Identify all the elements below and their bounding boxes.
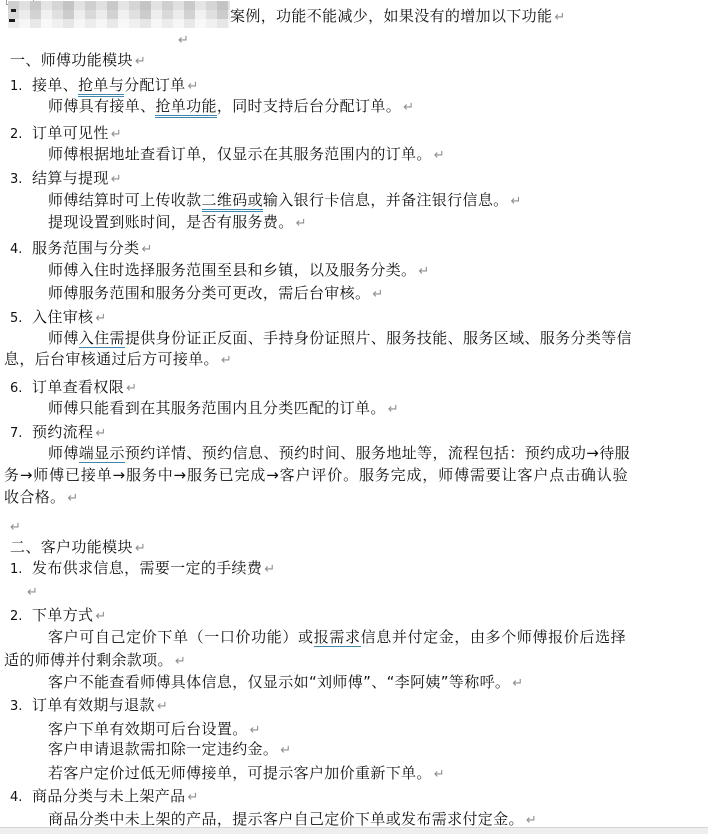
text-segment: 师傅	[48, 329, 79, 347]
paragraph-mark-icon: ↵	[512, 676, 523, 691]
text-line[interactable]: 师傅结算时可上传收款二维码或输入银行卡信息，并备注银行信息。↵	[48, 190, 521, 212]
list-number: 3.	[10, 697, 32, 717]
paragraph-mark-icon: ↵	[175, 654, 186, 669]
text-segment: 客户可自己定价下单（一口价功能）或	[48, 628, 314, 646]
paragraph-mark-icon: ↵	[157, 699, 168, 714]
text-line[interactable]: 3.结算与提现↵	[10, 168, 122, 190]
paragraph-mark-icon: ↵	[511, 194, 522, 209]
paragraph-mark-icon: ↵	[280, 743, 291, 758]
text-segment: 客户申请退款需扣除一定违约金。	[48, 740, 278, 758]
paragraph-mark-icon: ↵	[10, 520, 21, 535]
text-segment: 下单方式	[32, 606, 93, 624]
text-segment: 预约详情、预约信息、预约时间、服务地址等，流程包括：预约成功→待服	[125, 444, 630, 462]
text-line[interactable]: 师傅入住时选择服务范围至县和乡镇，以及服务分类。↵	[48, 260, 429, 282]
list-number: 1.	[10, 560, 32, 580]
paragraph-mark-icon: ↵	[372, 287, 383, 302]
text-line[interactable]: 商品分类中未上架的产品，提示客户自己定价下单或发布需求付定金。↵	[48, 809, 537, 831]
text-line[interactable]: ↵	[25, 581, 38, 603]
text-line[interactable]: 务→师傅已接单→服务中→服务已完成→客户评价。服务完成，师傅需要让客户点击确认验	[4, 465, 628, 485]
text-segment: 服务范围与分类	[32, 239, 139, 257]
text-line[interactable]: 6.订单查看权限↵	[10, 377, 137, 399]
list-number: 4.	[10, 788, 32, 808]
list-number: 6.	[10, 379, 32, 399]
text-segment: 分配订单	[124, 76, 185, 94]
text-line[interactable]: 师傅入住需提供身份证正反面、手持身份证照片、服务技能、服务区域、服务分类等信	[48, 328, 632, 348]
text-segment: ，同时支持后台分配订单。	[217, 97, 401, 115]
text-line[interactable]: 客户申请退款需扣除一定违约金。↵	[48, 739, 291, 761]
text-line[interactable]: 师傅根据地址查看订单，仅显示在其服务范围内的订单。↵	[48, 144, 445, 166]
paragraph-mark-icon: ↵	[95, 311, 106, 326]
text-segment: 客户不能查看师傅具体信息，仅显示如“刘师傅”、“李阿姨”等称呼。	[48, 673, 510, 691]
paragraph-mark-icon: ↵	[111, 127, 122, 142]
list-number: 2.	[10, 607, 32, 627]
grammar-underlined-text: 抢单与	[78, 76, 124, 97]
text-line[interactable]: 一、师傅功能模块↵	[10, 50, 146, 72]
text-line[interactable]: 二、客户功能模块↵	[10, 537, 146, 559]
paragraph-mark-icon: ↵	[526, 813, 537, 828]
paragraph-mark-icon: ↵	[296, 216, 307, 231]
list-number: 1.	[10, 77, 32, 97]
text-line[interactable]: 7.预约流程↵	[10, 422, 106, 444]
document-page[interactable]: 案例，功能不能减少，如果没有的增加以下功能↵↵一、师傅功能模块↵1.接单、抢单与…	[0, 0, 708, 834]
paragraph-mark-icon: ↵	[388, 402, 399, 417]
text-line[interactable]: 5.入住审核↵	[10, 307, 106, 329]
paragraph-mark-icon: ↵	[221, 353, 232, 368]
text-line[interactable]: 2.订单可见性↵	[10, 123, 122, 145]
paragraph-mark-icon: ↵	[135, 54, 146, 69]
text-line[interactable]: 2.下单方式↵	[10, 605, 106, 627]
text-segment: 发布供求信息，需要一定的手续费	[32, 559, 262, 577]
grammar-underlined-text: 报需求	[314, 628, 361, 647]
text-segment: 师傅入住时选择服务范围至县和乡镇，以及服务分类。	[48, 261, 416, 279]
redacted-mosaic	[8, 1, 230, 28]
grammar-underlined-text: 入住需	[79, 329, 125, 348]
text-segment: 收合格。	[4, 488, 65, 506]
redacted-artifact	[9, 19, 15, 22]
text-segment: 结算与提现	[32, 169, 109, 187]
text-segment: 师傅结算时可上传收款	[48, 191, 202, 209]
text-line[interactable]: ↵	[8, 516, 21, 538]
text-line[interactable]: 适的师傅并付剩余款项。↵	[4, 650, 186, 672]
paragraph-mark-icon: ↵	[403, 100, 414, 115]
text-segment: 客户下单有效期可后台设置。	[48, 720, 248, 738]
paragraph-mark-icon: ↵	[418, 264, 429, 279]
text-segment: 务→师傅已接单→服务中→服务已完成→客户评价。服务完成，师傅需要让客户点击确认验	[4, 466, 628, 484]
text-segment: 商品分类与未上架产品	[32, 787, 186, 805]
text-segment: 订单有效期与退款	[32, 696, 155, 714]
text-segment: 息，后台审核通过后方可接单。	[4, 350, 219, 368]
text-line[interactable]: 案例，功能不能减少，如果没有的增加以下功能↵	[230, 6, 565, 28]
list-number: 3.	[10, 170, 32, 190]
paragraph-mark-icon: ↵	[188, 79, 199, 94]
paragraph-mark-icon: ↵	[434, 148, 445, 163]
text-segment: 师傅只能看到在其服务范围内且分类匹配的订单。	[48, 399, 386, 417]
text-segment: 师傅	[48, 444, 79, 462]
paragraph-mark-icon: ↵	[95, 426, 106, 441]
text-segment: 商品分类中未上架的产品，提示客户自己定价下单或发布需求付定金。	[48, 810, 524, 828]
text-line[interactable]: 1.接单、抢单与分配订单↵	[10, 75, 198, 97]
text-line[interactable]: 师傅只能看到在其服务范围内且分类匹配的订单。↵	[48, 398, 399, 420]
text-segment: 入住审核	[32, 308, 93, 326]
paragraph-mark-icon: ↵	[554, 10, 565, 25]
text-segment: 适的师傅并付剩余款项。	[4, 651, 173, 669]
text-line[interactable]: 师傅端显示预约详情、预约信息、预约时间、服务地址等，流程包括：预约成功→待服	[48, 443, 630, 463]
grammar-underlined-text: 端显示	[79, 444, 125, 463]
text-segment: 提现设置到账时间，是否有服务费。	[48, 213, 294, 231]
text-line[interactable]: 3.订单有效期与退款↵	[10, 695, 168, 717]
grammar-underlined-text: 二维码或	[202, 191, 263, 212]
paragraph-mark-icon: ↵	[188, 790, 199, 805]
paragraph-mark-icon: ↵	[95, 609, 106, 624]
paragraph-mark-icon: ↵	[67, 491, 78, 506]
text-segment: 输入银行卡信息，并备注银行信息。	[263, 191, 509, 209]
paragraph-mark-icon: ↵	[27, 585, 38, 600]
paragraph-mark-icon: ↵	[126, 381, 137, 396]
paragraph-mark-icon: ↵	[111, 172, 122, 187]
text-segment: 订单可见性	[32, 124, 109, 142]
text-segment: 一、师傅功能模块	[10, 51, 133, 69]
list-number: 2.	[10, 125, 32, 145]
text-line[interactable]: 提现设置到账时间，是否有服务费。↵	[48, 212, 307, 234]
text-line[interactable]: 4.服务范围与分类↵	[10, 238, 152, 260]
text-segment: 若客户定价过低无师傅接单，可提示客户加价重新下单。	[48, 764, 432, 782]
text-line[interactable]: 1.发布供求信息，需要一定的手续费↵	[10, 558, 275, 580]
paragraph-mark-icon: ↵	[264, 562, 275, 577]
text-line[interactable]: 收合格。↵	[4, 487, 78, 509]
text-segment: 订单查看权限	[32, 378, 124, 396]
list-number: 7.	[10, 424, 32, 444]
text-line[interactable]: ↵	[176, 29, 189, 51]
text-segment: 师傅服务范围和服务分类可更改，需后台审核。	[48, 284, 370, 302]
text-line[interactable]: 师傅服务范围和服务分类可更改，需后台审核。↵	[48, 283, 383, 305]
text-line[interactable]: 客户不能查看师傅具体信息，仅显示如“刘师傅”、“李阿姨”等称呼。↵	[48, 672, 523, 694]
text-line[interactable]: 4.商品分类与未上架产品↵	[10, 786, 198, 808]
text-line[interactable]: 客户可自己定价下单（一口价功能）或报需求信息并付定金，由多个师傅报价后选择合	[48, 627, 626, 647]
paragraph-mark-icon: ↵	[178, 33, 189, 48]
text-line[interactable]: 息，后台审核通过后方可接单。↵	[4, 349, 232, 371]
redacted-artifact	[11, 9, 16, 12]
text-segment: 提供身份证正反面、手持身份证照片、服务技能、服务区域、服务分类等信	[125, 329, 632, 347]
text-line[interactable]: 师傅具有接单、抢单功能，同时支持后台分配订单。↵	[48, 96, 414, 118]
text-segment: 二、客户功能模块	[10, 538, 133, 556]
text-segment: 预约流程	[32, 423, 93, 441]
paragraph-mark-icon: ↵	[135, 541, 146, 556]
text-segment: 接单、	[32, 76, 78, 94]
text-segment: 师傅具有接单、	[48, 97, 155, 115]
text-segment: 师傅根据地址查看订单，仅显示在其服务范围内的订单。	[48, 145, 432, 163]
text-segment: 案例，功能不能减少，如果没有的增加以下功能	[230, 7, 552, 25]
paragraph-mark-icon: ↵	[434, 767, 445, 782]
paragraph-mark-icon: ↵	[250, 723, 261, 738]
text-line[interactable]: 客户下单有效期可后台设置。↵	[48, 719, 260, 741]
list-number: 4.	[10, 240, 32, 260]
list-number: 5.	[10, 309, 32, 329]
paragraph-mark-icon: ↵	[141, 242, 152, 257]
grammar-underlined-text: 抢单功能	[155, 97, 216, 118]
text-line[interactable]: 若客户定价过低无师傅接单，可提示客户加价重新下单。↵	[48, 763, 445, 785]
